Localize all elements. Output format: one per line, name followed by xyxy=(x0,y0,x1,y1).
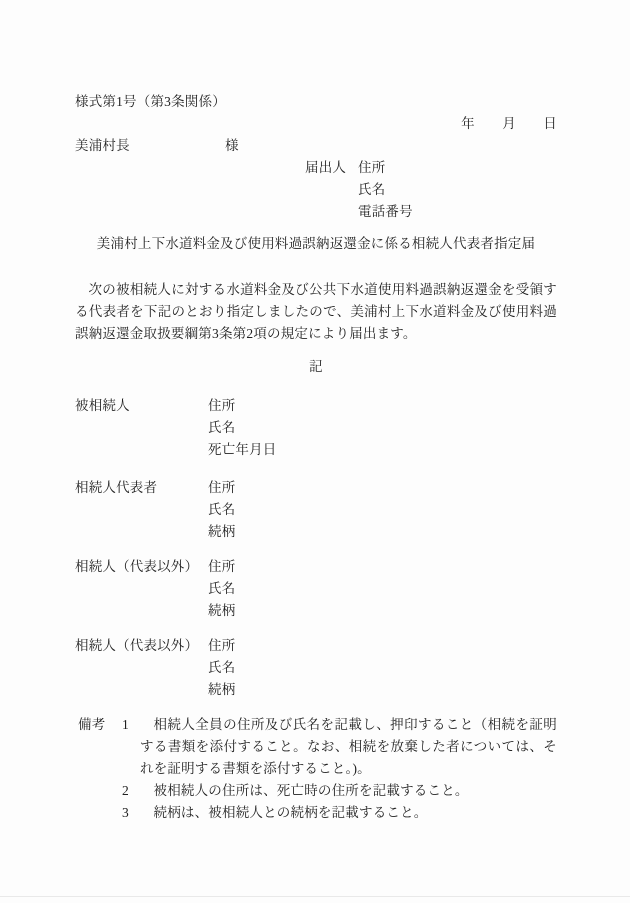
section-deceased: 被相続人 住所 氏名 死亡年月日 xyxy=(75,395,557,461)
section-label: 相続人（代表以外） xyxy=(75,635,208,701)
applicant-block: 届出人 住所 氏名 電話番号 xyxy=(305,157,557,223)
remarks-label: 備考 xyxy=(75,714,122,824)
applicant-fields: 住所 氏名 電話番号 xyxy=(358,157,557,223)
remark-text: 続柄は、被相続人との続柄を記載すること。 xyxy=(140,802,557,824)
remark-text: 相続人全員の住所及び氏名を記載し、押印すること（相続を証明する書類を添付すること… xyxy=(140,714,557,780)
applicant-label: 届出人 xyxy=(305,157,358,223)
field-name: 氏名 xyxy=(208,499,557,521)
field-address: 住所 xyxy=(208,477,557,499)
section-fields: 住所 氏名 続柄 xyxy=(208,635,557,701)
document-page: 様式第1号（第3条関係） 年 月 日 美浦村長様 届出人 住所 氏名 電話番号 … xyxy=(0,0,630,903)
field-address: 住所 xyxy=(208,635,557,657)
section-heir-other-2: 相続人（代表以外） 住所 氏名 続柄 xyxy=(75,635,557,701)
remark-item-1: 1 相続人全員の住所及び氏名を記載し、押印すること（相続を証明する書類を添付する… xyxy=(122,714,557,780)
addressee-honorific: 様 xyxy=(225,138,239,153)
field-name: 氏名 xyxy=(208,417,557,439)
remark-number: 1 xyxy=(122,714,140,780)
applicant-field-phone: 電話番号 xyxy=(358,201,557,223)
page-bottom-edge xyxy=(0,896,630,897)
document-title: 美浦村上下水道料金及び使用料過誤納返還金に係る相続人代表者指定届 xyxy=(75,233,557,255)
section-heir-other-1: 相続人（代表以外） 住所 氏名 続柄 xyxy=(75,556,557,622)
applicant-field-address: 住所 xyxy=(358,157,557,179)
section-label: 相続人代表者 xyxy=(75,477,208,543)
field-address: 住所 xyxy=(208,395,557,417)
form-number: 様式第1号（第3条関係） xyxy=(75,91,557,113)
field-name: 氏名 xyxy=(208,578,557,600)
date-line: 年 月 日 xyxy=(75,113,557,135)
section-label: 被相続人 xyxy=(75,395,208,461)
addressee-name: 美浦村長 xyxy=(75,135,225,157)
section-label: 相続人（代表以外） xyxy=(75,556,208,622)
remark-text: 被相続人の住所は、死亡時の住所を記載すること。 xyxy=(140,780,557,802)
applicant-field-name: 氏名 xyxy=(358,179,557,201)
remarks-block: 備考 1 相続人全員の住所及び氏名を記載し、押印すること（相続を証明する書類を添… xyxy=(75,714,557,824)
field-relationship: 続柄 xyxy=(208,521,557,543)
remark-item-2: 2 被相続人の住所は、死亡時の住所を記載すること。 xyxy=(122,780,557,802)
addressee-line: 美浦村長様 xyxy=(75,135,557,157)
section-fields: 住所 氏名 続柄 xyxy=(208,477,557,543)
field-name: 氏名 xyxy=(208,657,557,679)
field-death-date: 死亡年月日 xyxy=(208,439,557,461)
field-relationship: 続柄 xyxy=(208,679,557,701)
remarks-items: 1 相続人全員の住所及び氏名を記載し、押印すること（相続を証明する書類を添付する… xyxy=(122,714,557,824)
remark-number: 2 xyxy=(122,780,140,802)
section-fields: 住所 氏名 死亡年月日 xyxy=(208,395,557,461)
field-address: 住所 xyxy=(208,556,557,578)
ki-marker: 記 xyxy=(75,356,557,378)
section-fields: 住所 氏名 続柄 xyxy=(208,556,557,622)
section-heir-representative: 相続人代表者 住所 氏名 続柄 xyxy=(75,477,557,543)
body-paragraph: 次の被相続人に対する水道料金及び公共下水道使用料過誤納返還金を受領する代表者を下… xyxy=(75,279,557,345)
remark-item-3: 3 続柄は、被相続人との続柄を記載すること。 xyxy=(122,802,557,824)
remark-number: 3 xyxy=(122,802,140,824)
field-relationship: 続柄 xyxy=(208,600,557,622)
